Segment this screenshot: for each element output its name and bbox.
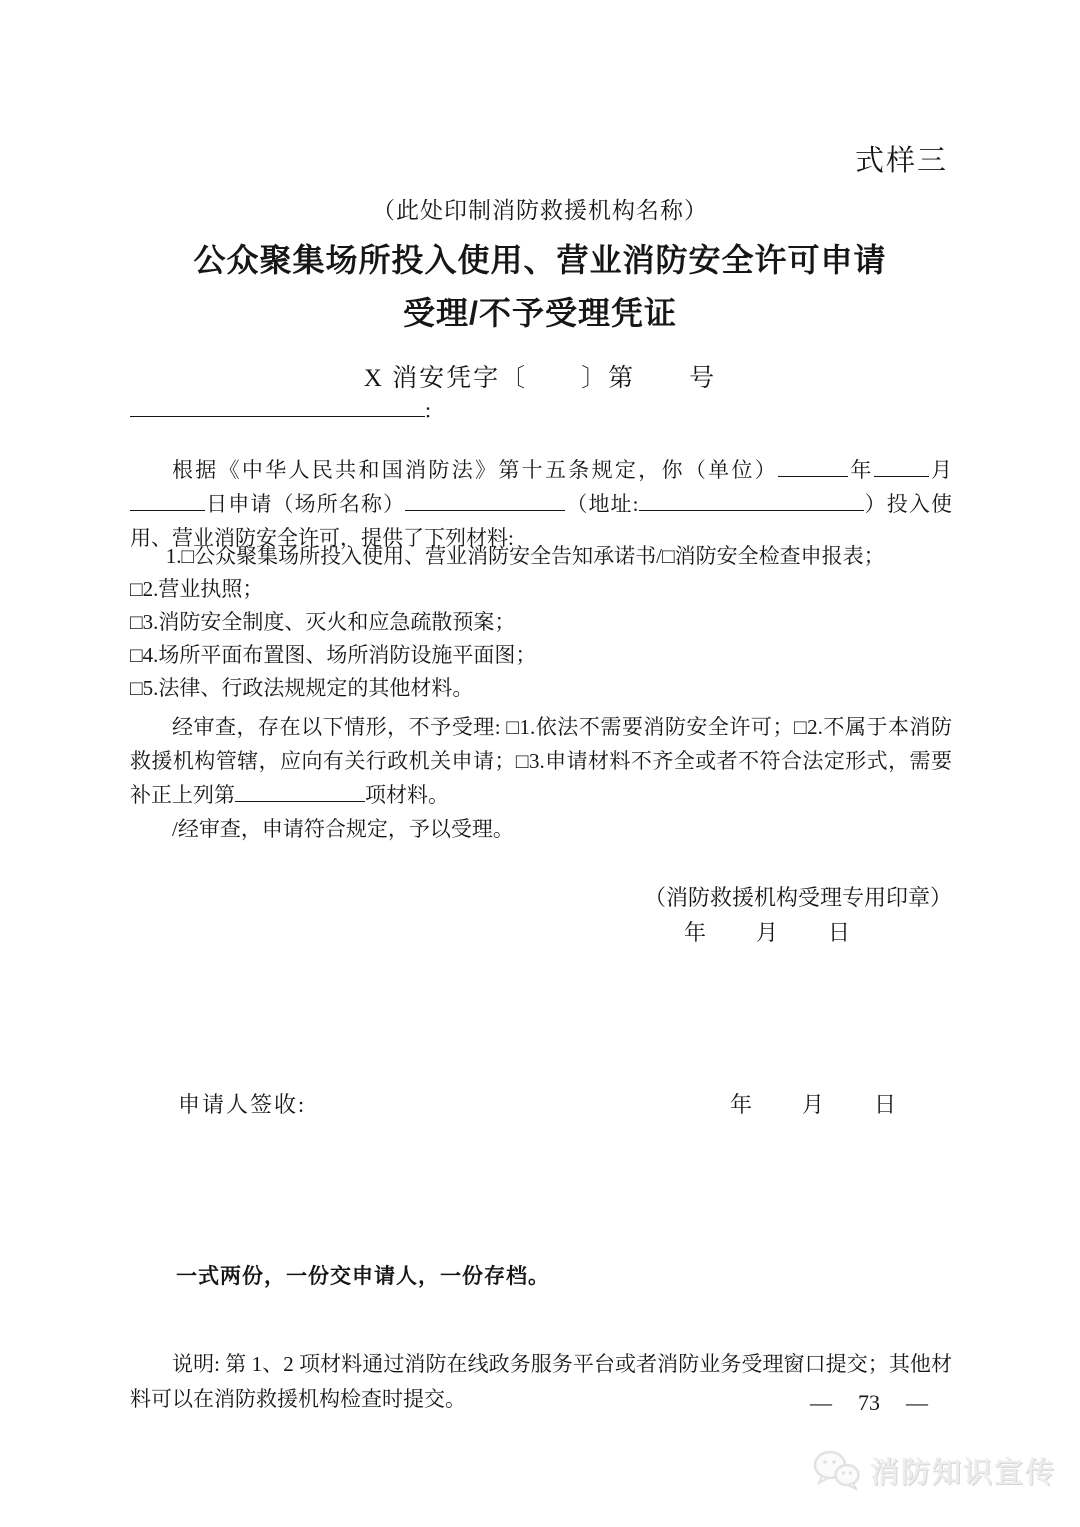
- doc-title-line1: 公众聚集场所投入使用、营业消防安全许可申请: [0, 235, 1080, 281]
- doc-number: X 消安凭字〔 〕第 号: [0, 358, 1080, 394]
- addressee-blank: [130, 394, 425, 417]
- seal-note: （消防救援机构受理专用印章）: [130, 880, 952, 915]
- review-section: 经审查，存在以下情形，不予受理: □1.依法不需要消防安全许可；□2.不属于本消…: [130, 710, 952, 846]
- materials-list: 1.□公众聚集场所投入使用、营业消防安全告知承诺书/□消防安全检查申报表； □2…: [130, 540, 952, 705]
- blank-day: [130, 489, 205, 511]
- material-item-1: 1.□公众聚集场所投入使用、营业消防安全告知承诺书/□消防安全检查申报表；: [130, 540, 952, 573]
- material-item-5: □5.法律、行政法规规定的其他材料。: [130, 672, 952, 705]
- blank-venue-name: [405, 489, 565, 511]
- intro-text-1: 根据《中华人民共和国消防法》第十五条规定，你（单位）: [172, 458, 778, 482]
- org-name-placeholder: （此处印制消防救援机构名称）: [0, 192, 1080, 225]
- applicant-sign-label: 申请人签收:: [178, 1088, 306, 1122]
- addressee-colon: :: [425, 397, 431, 422]
- document-page: 式样三 （此处印制消防救援机构名称） 公众聚集场所投入使用、营业消防安全许可申请…: [0, 0, 1080, 1527]
- blank-address: [639, 489, 864, 511]
- intro-text-2: 年: [848, 458, 874, 482]
- review-paragraph: 经审查，存在以下情形，不予受理: □1.依法不需要消防安全许可；□2.不属于本消…: [130, 710, 952, 812]
- page-number-dash-right: —: [906, 1390, 928, 1416]
- signature-row: 申请人签收: 年 月 日: [130, 1088, 952, 1124]
- watermark-text: 消防知识宣传: [870, 1450, 1056, 1491]
- accept-line: /经审查，申请符合规定，予以受理。: [130, 812, 952, 846]
- material-item-4: □4.场所平面布置图、场所消防设施平面图；: [130, 639, 952, 672]
- intro-text-4: 日申请（场所名称）: [205, 492, 405, 516]
- addressee-line: :: [130, 394, 431, 423]
- material-item-3: □3.消防安全制度、灭火和应急疏散预案；: [130, 606, 952, 639]
- seal-date: 年 月 日: [130, 915, 952, 950]
- page-number-dash-left: —: [810, 1390, 832, 1416]
- material-item-2: □2.营业执照；: [130, 573, 952, 606]
- applicant-sign-date: 年 月 日: [730, 1088, 898, 1122]
- seal-section: （消防救援机构受理专用印章） 年 月 日: [130, 880, 952, 950]
- page-number: — 73 —: [810, 1390, 928, 1416]
- page-number-value: 73: [858, 1390, 880, 1416]
- blank-supplement-items: [235, 780, 365, 802]
- channel-watermark: 消防知识宣传: [810, 1448, 1056, 1492]
- review-text-2: 项材料。: [365, 783, 449, 807]
- blank-line-end: [874, 455, 929, 477]
- blank-year: [778, 455, 848, 477]
- form-style-tag: 式样三: [855, 138, 948, 179]
- intro-text-5: （地址:: [565, 492, 638, 516]
- copies-note: 一式两份，一份交申请人，一份存档。: [176, 1260, 550, 1290]
- intro-text-3: 月: [929, 458, 952, 482]
- doc-title-line2: 受理/不予受理凭证: [0, 288, 1080, 334]
- wechat-icon: [810, 1448, 862, 1492]
